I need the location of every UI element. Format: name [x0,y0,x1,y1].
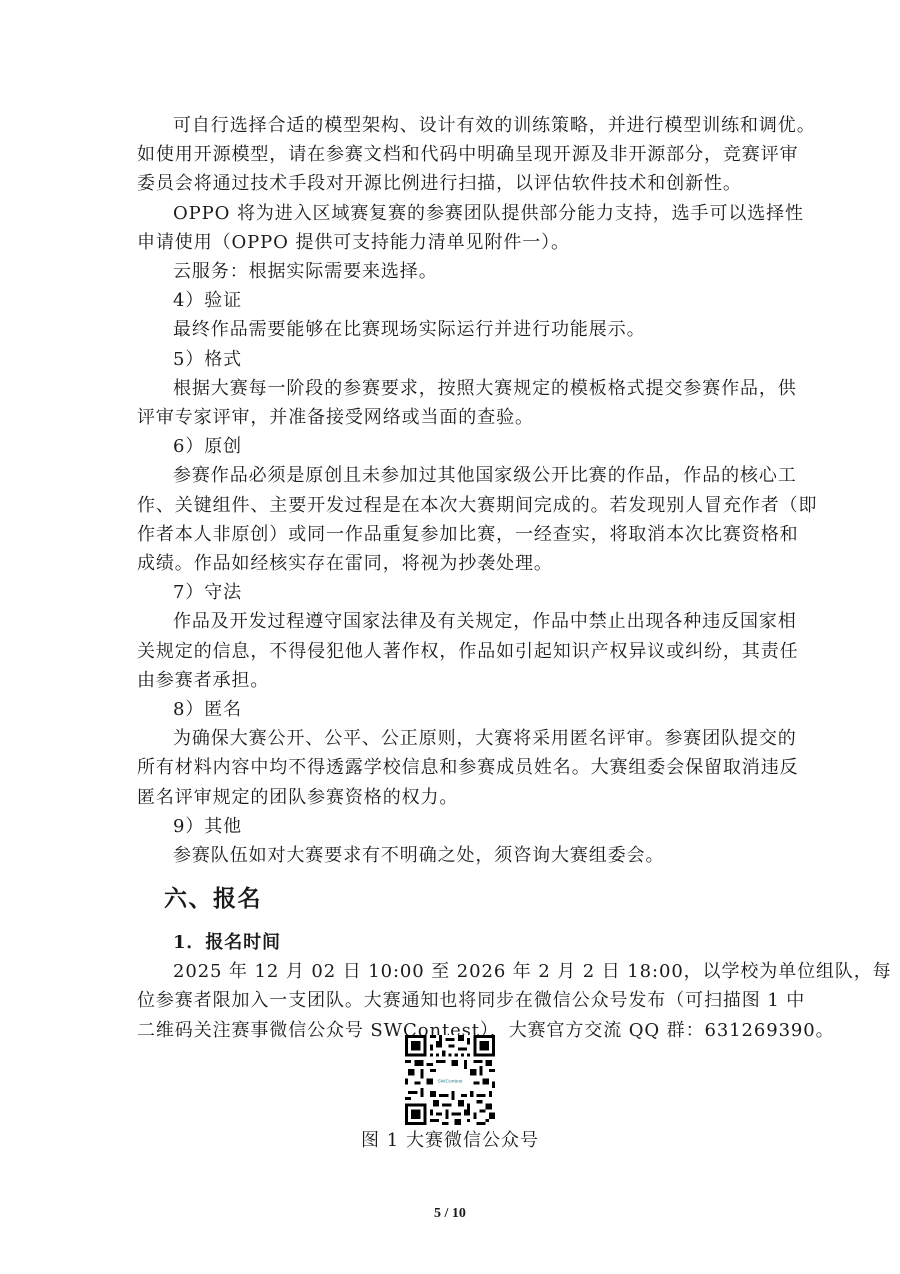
section-originality: 6）原创 参赛作品必须是原创且未参加过其他国家级公开比赛的作品，作品的核心工 作… [137,432,773,578]
subsection-title: 1．报名时间 [137,928,773,957]
section-heading: 9）其他 [137,812,773,841]
section-body: 为确保大赛公开、公平、公正原则，大赛将采用匿名评审。参赛团队提交的 所有材料内容… [137,724,773,812]
text-line: 如使用开源模型，请在参赛文档和代码中明确呈现开源及非开源部分，竞赛评审 [137,140,773,169]
text-line: 作品及开发过程遵守国家法律及有关规定，作品中禁止出现各种违反国家相 [137,607,773,636]
text-line: 委员会将通过技术手段对开源比例进行扫描，以评估软件技术和创新性。 [137,169,773,198]
section-heading: 6）原创 [137,432,773,461]
section-other: 9）其他 参赛队伍如对大赛要求有不明确之处，须咨询大赛组委会。 [137,812,773,870]
page-number: 5 / 10 [0,1206,900,1222]
text-line: 匿名评审规定的团队参赛资格的权力。 [137,783,773,812]
section-body-line: 参赛队伍如对大赛要求有不明确之处，须咨询大赛组委会。 [137,841,773,870]
text-line: 根据大赛每一阶段的参赛要求，按照大赛规定的模板格式提交参赛作品，供 [137,374,773,403]
text-line: 关规定的信息，不得侵犯他人著作权，作品如引起知识产权异议或纠纷，其责任 [137,637,773,666]
document-page: 可自行选择合适的模型架构、设计有效的训练策略，并进行模型训练和调优。 如使用开源… [137,111,773,1045]
section-format: 5）格式 根据大赛每一阶段的参赛要求，按照大赛规定的模板格式提交参赛作品，供 评… [137,345,773,433]
section-heading: 7）守法 [137,578,773,607]
registration-body: 2025 年 12 月 02 日 10:00 至 2026 年 2 月 2 日 … [137,957,773,1045]
text-line: 参赛作品必须是原创且未参加过其他国家级公开比赛的作品，作品的核心工 [137,461,773,490]
chapter-title: 六、报名 [137,884,773,914]
section-legal: 7）守法 作品及开发过程遵守国家法律及有关规定，作品中禁止出现各种违反国家相 关… [137,578,773,695]
text-line: 申请使用（OPPO 提供可支持能力清单见附件一）。 [137,228,773,257]
text-line: 作、关键组件、主要开发过程是在本次大赛期间完成的。若发现别人冒充作者（即 [137,491,773,520]
figure-wechat-qr: SWContest 图 1 大赛微信公众号 [0,1035,900,1155]
section-body-line: 最终作品需要能够在比赛现场实际运行并进行功能展示。 [137,315,773,344]
figure-caption: 图 1 大赛微信公众号 [0,1127,900,1155]
text-line: 作者本人非原创）或同一作品重复参加比赛，一经查实，将取消本次比赛资格和 [137,520,773,549]
section-verification: 4）验证 最终作品需要能够在比赛现场实际运行并进行功能展示。 [137,286,773,344]
qr-center-logo: SWContest [437,1078,463,1084]
text-line: 评审专家评审，并准备接受网络或当面的查验。 [137,403,773,432]
section-body: 作品及开发过程遵守国家法律及有关规定，作品中禁止出现各种违反国家相 关规定的信息… [137,607,773,695]
text-line: 位参赛者限加入一支团队。大赛通知也将同步在微信公众号发布（可扫描图 1 中 [137,986,773,1015]
qr-code-icon: SWContest [405,1035,495,1125]
section-body: 参赛作品必须是原创且未参加过其他国家级公开比赛的作品，作品的核心工 作、关键组件… [137,461,773,578]
paragraph-model-selection: 可自行选择合适的模型架构、设计有效的训练策略，并进行模型训练和调优。 如使用开源… [137,111,773,199]
text-line: 为确保大赛公开、公平、公正原则，大赛将采用匿名评审。参赛团队提交的 [137,724,773,753]
section-heading: 4）验证 [137,286,773,315]
text-line: 2025 年 12 月 02 日 10:00 至 2026 年 2 月 2 日 … [137,957,773,986]
section-heading: 5）格式 [137,345,773,374]
text-line: 所有材料内容中均不得透露学校信息和参赛成员姓名。大赛组委会保留取消违反 [137,753,773,782]
paragraph-cloud-service: 云服务：根据实际需要来选择。 [137,257,773,286]
text-line: 可自行选择合适的模型架构、设计有效的训练策略，并进行模型训练和调优。 [137,111,773,140]
text-line: 由参赛者承担。 [137,666,773,695]
paragraph-oppo-support: OPPO 将为进入区域赛复赛的参赛团队提供部分能力支持，选手可以选择性 申请使用… [137,199,773,257]
section-anonymity: 8）匿名 为确保大赛公开、公平、公正原则，大赛将采用匿名评审。参赛团队提交的 所… [137,695,773,812]
section-body: 根据大赛每一阶段的参赛要求，按照大赛规定的模板格式提交参赛作品，供 评审专家评审… [137,374,773,432]
section-heading: 8）匿名 [137,695,773,724]
text-line: OPPO 将为进入区域赛复赛的参赛团队提供部分能力支持，选手可以选择性 [137,199,773,228]
text-line: 成绩。作品如经核实存在雷同，将视为抄袭处理。 [137,549,773,578]
